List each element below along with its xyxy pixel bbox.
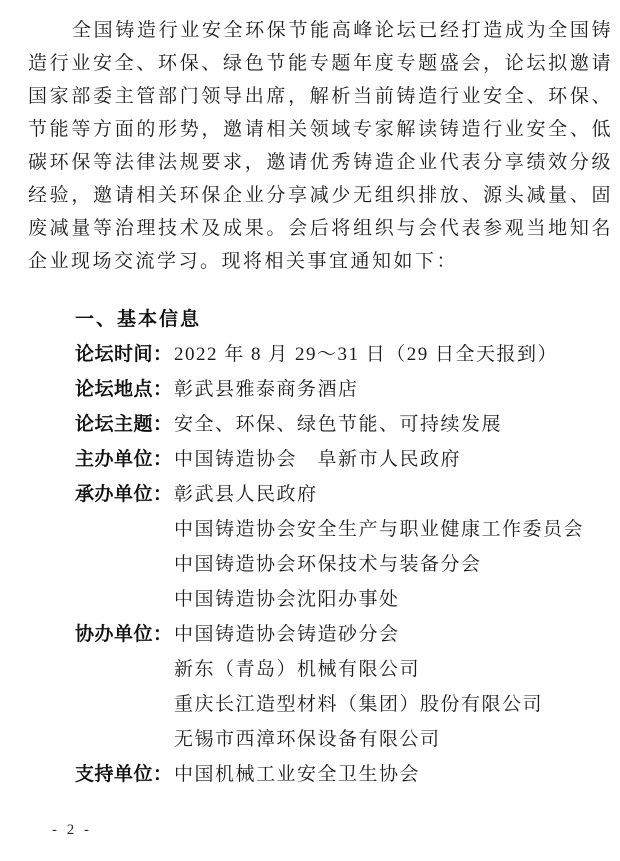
info-item-supporting-org: 支持单位： 中国机械工业安全卫生协会 bbox=[75, 757, 613, 792]
info-label-host-org: 主办单位： bbox=[75, 442, 174, 477]
info-value-forum-venue: 彰武县雅泰商务酒店 bbox=[174, 372, 613, 407]
info-value-line: 2022 年 8 月 29～31 日（29 日全天报到） bbox=[174, 337, 613, 372]
info-value-line: 重庆长江造型材料（集团）股份有限公司 bbox=[174, 687, 613, 722]
info-item-forum-theme: 论坛主题： 安全、环保、绿色节能、可持续发展 bbox=[75, 407, 613, 442]
page-number: - 2 - bbox=[52, 822, 92, 839]
info-value-line: 中国铸造协会沈阳办事处 bbox=[174, 582, 613, 617]
info-item-organizer-org: 承办单位： 彰武县人民政府 中国铸造协会安全生产与职业健康工作委员会 中国铸造协… bbox=[75, 477, 613, 617]
info-value-coorganizer-org: 中国铸造协会铸造砂分会 新东（青岛）机械有限公司 重庆长江造型材料（集团）股份有… bbox=[174, 617, 613, 757]
info-value-line: 中国铸造协会铸造砂分会 bbox=[174, 617, 613, 652]
info-item-forum-venue: 论坛地点： 彰武县雅泰商务酒店 bbox=[75, 372, 613, 407]
info-value-line: 彰武县人民政府 bbox=[174, 477, 613, 512]
info-label-organizer-org: 承办单位： bbox=[75, 477, 174, 512]
info-value-line: 中国铸造协会环保技术与装备分会 bbox=[174, 547, 613, 582]
section-heading-basic-info: 一、基本信息 bbox=[75, 302, 613, 337]
document-page: 全国铸造行业安全环保节能高峰论坛已经打造成为全国铸造行业安全、环保、绿色节能专题… bbox=[0, 0, 620, 861]
info-label-forum-time: 论坛时间： bbox=[75, 337, 174, 372]
info-label-forum-theme: 论坛主题： bbox=[75, 407, 174, 442]
info-label-forum-venue: 论坛地点： bbox=[75, 372, 174, 407]
info-value-line: 中国铸造协会安全生产与职业健康工作委员会 bbox=[174, 512, 613, 547]
info-label-coorganizer-org: 协办单位： bbox=[75, 617, 174, 652]
info-item-coorganizer-org: 协办单位： 中国铸造协会铸造砂分会 新东（青岛）机械有限公司 重庆长江造型材料（… bbox=[75, 617, 613, 757]
info-value-line: 安全、环保、绿色节能、可持续发展 bbox=[174, 407, 613, 442]
info-value-line: 新东（青岛）机械有限公司 bbox=[174, 652, 613, 687]
basic-info-section: 一、基本信息 论坛时间： 2022 年 8 月 29～31 日（29 日全天报到… bbox=[75, 302, 613, 792]
info-label-supporting-org: 支持单位： bbox=[75, 757, 174, 792]
info-value-supporting-org: 中国机械工业安全卫生协会 bbox=[174, 757, 613, 792]
info-value-line: 中国机械工业安全卫生协会 bbox=[174, 757, 613, 792]
info-value-line: 无锡市西漳环保设备有限公司 bbox=[174, 722, 613, 757]
info-item-forum-time: 论坛时间： 2022 年 8 月 29～31 日（29 日全天报到） bbox=[75, 337, 613, 372]
intro-paragraph: 全国铸造行业安全环保节能高峰论坛已经打造成为全国铸造行业安全、环保、绿色节能专题… bbox=[28, 14, 613, 278]
info-value-forum-theme: 安全、环保、绿色节能、可持续发展 bbox=[174, 407, 613, 442]
info-value-host-org: 中国铸造协会 阜新市人民政府 bbox=[174, 442, 613, 477]
info-item-host-org: 主办单位： 中国铸造协会 阜新市人民政府 bbox=[75, 442, 613, 477]
info-value-organizer-org: 彰武县人民政府 中国铸造协会安全生产与职业健康工作委员会 中国铸造协会环保技术与… bbox=[174, 477, 613, 617]
info-value-forum-time: 2022 年 8 月 29～31 日（29 日全天报到） bbox=[174, 337, 613, 372]
info-value-line: 中国铸造协会 阜新市人民政府 bbox=[174, 442, 613, 477]
info-value-line: 彰武县雅泰商务酒店 bbox=[174, 372, 613, 407]
